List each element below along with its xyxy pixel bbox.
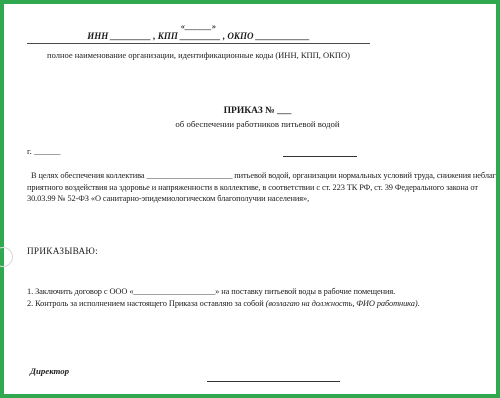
city-blank: г. ______: [27, 146, 60, 156]
order-document-page: «______» ИНН _________ , КПП _________ ,…: [0, 0, 500, 398]
preamble-line-1: В целях обеспечения коллектива _________…: [27, 170, 490, 182]
preamble-line-3: 30.03.99 № 52-ФЗ «О санитарно-эпидемиоло…: [27, 193, 490, 205]
document-title: ПРИКАЗ № ___: [27, 106, 488, 116]
watermark-circle: [0, 247, 13, 267]
preamble-paragraph: В целях обеспечения коллектива _________…: [27, 170, 490, 205]
document-subtitle: об обеспечении работников питьевой водой: [27, 119, 488, 129]
preamble-line-2: приятного воздействия на здоровье и напр…: [27, 182, 490, 194]
order-item-2-period: .: [418, 299, 420, 308]
order-item-1: 1. Заключить договор с ООО «____________…: [27, 286, 490, 298]
header-quote-blank: «______»: [27, 21, 370, 31]
order-items: 1. Заключить договор с ООО «____________…: [27, 286, 490, 310]
resolve-heading: ПРИКАЗЫВАЮ:: [27, 246, 98, 256]
order-item-2: 2. Контроль за исполнением настоящего Пр…: [27, 298, 490, 310]
order-item-2-text: 2. Контроль за исполнением настоящего Пр…: [27, 299, 266, 308]
order-item-2-italic-note: (возлагаю на должность, ФИО работника): [266, 299, 418, 308]
header-rule: [27, 43, 370, 44]
signature-blank-line: [207, 372, 340, 382]
header-codes-line: ИНН _________ , КПП _________ , ОКПО ___…: [27, 31, 370, 41]
header-caption: полное наименование организации, идентиф…: [27, 50, 370, 60]
date-blank-line: [283, 147, 357, 157]
signer-title: Директор: [30, 366, 69, 376]
